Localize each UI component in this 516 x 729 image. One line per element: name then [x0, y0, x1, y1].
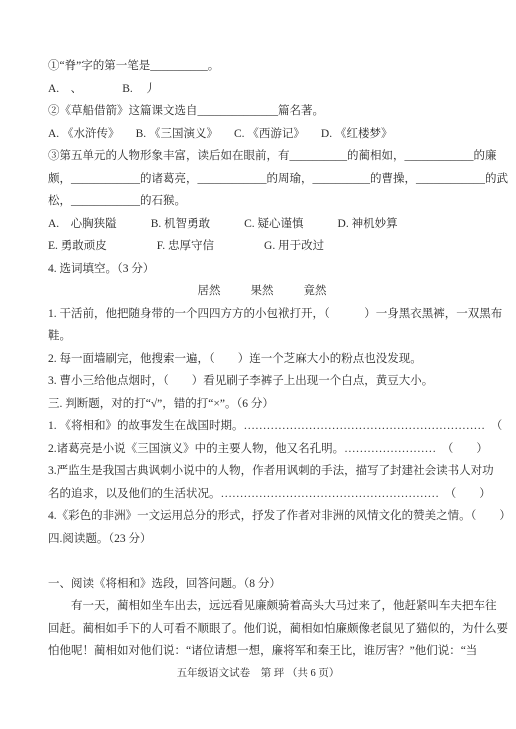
- option-label: B. 丿: [122, 78, 156, 101]
- q1-options-row: A. 、 B. 丿: [48, 78, 476, 101]
- word-bank-item: 竟然: [304, 280, 327, 303]
- option-label: A. 心胸狭隘: [48, 213, 117, 236]
- passage-line: 有一天，蔺相如坐车出去，远远看见廉颇骑着高头大马过来了，他赶紧叫车夫把车往: [48, 595, 476, 618]
- option-label: B. 机智勇敢: [151, 213, 210, 236]
- option-label: E. 勇敢顽皮: [48, 235, 107, 258]
- q2-stem: ②《草船借箭》这篇课文选自______________篇名著。: [48, 100, 476, 123]
- blank-line: [48, 550, 476, 573]
- q2-options-row: A. 《水浒传》 B. 《三国演义》 C. 《西游记》 D. 《红楼梦》: [48, 123, 476, 146]
- reading-section-header: 四.阅读题。（23 分）: [48, 528, 476, 551]
- judge-item: 名的追求，以及他们的生活状况。………………………………………………… （ ）: [48, 483, 476, 506]
- passage-line: 回赶。蔺相如手下的人可看不顺眼了。他们说，蔺相如怕廉颇像老鼠见了猫似的，为什么要: [48, 618, 476, 641]
- exam-content: ①“脊”字的第一笔是__________。 A. 、 B. 丿 ②《草船借箭》这…: [0, 0, 516, 663]
- option-label: G. 用于改过: [264, 235, 324, 258]
- option-label: A. 《水浒传》: [48, 123, 120, 146]
- exam-paper-page: ①“脊”字的第一笔是__________。 A. 、 B. 丿 ②《草船借箭》这…: [0, 0, 516, 729]
- q4-item-line: 3. 曹小三给他点烟时，（ ）看见刷子李裤子上出现一个白点，黄豆大小。: [48, 370, 476, 393]
- reading-sub-header: 一、阅读《将相和》选段，回答问题。（8 分）: [48, 573, 476, 596]
- option-label: D. 《红楼梦》: [321, 123, 393, 146]
- option-label: F. 忠厚守信: [157, 235, 214, 258]
- q3-options-row-1: A. 心胸狭隘 B. 机智勇敢 C. 疑心谨慎 D. 神机妙算: [48, 213, 476, 236]
- passage-line: 怕他呢！蔺相如对他们说：“诸位请想一想，廉将军和秦王比，谁厉害？”他们说：“当: [48, 640, 476, 663]
- option-label: D. 神机妙算: [338, 213, 398, 236]
- q3-stem-line: 颇，____________的诸葛亮，____________的周瑜，_____…: [48, 168, 476, 191]
- q3-stem-line: ③第五单元的人物形象丰富，读后如在眼前，有__________的蔺相如，____…: [48, 145, 476, 168]
- option-label: A. 、: [48, 78, 82, 101]
- option-label: C. 《西游记》: [234, 123, 305, 146]
- q3-options-row-2: E. 勇敢顽皮 F. 忠厚守信 G. 用于改过: [48, 235, 476, 258]
- page-footer: 五年级语文试卷 第 玶 （共 6 页）: [0, 666, 516, 682]
- q3-stem-line: 松，____________的石猴。: [48, 190, 476, 213]
- q4-word-bank: 居然 果然 竟然: [48, 280, 476, 303]
- word-bank-item: 果然: [251, 280, 274, 303]
- q4-item-line: 1. 干活前，他把随身带的一个四四方方的小包袱打开，（ ）一身黑衣黑裤，一双黑布: [48, 303, 476, 326]
- judge-item: 1. 《将相和》的故事发生在战国时期。…………………………………………………………: [48, 415, 476, 438]
- word-bank-item: 居然: [198, 280, 221, 303]
- judge-item: 4.《彩色的非洲》一文运用总分的形式，抒发了作者对非洲的风情文化的赞美之情。（ …: [48, 505, 476, 528]
- q1-stem: ①“脊”字的第一笔是__________。: [48, 55, 476, 78]
- option-label: C. 疑心谨慎: [244, 213, 303, 236]
- judge-item: 2.诸葛亮是小说《三国演义》中的主要人物，他又名孔明。…………………… （ ）: [48, 438, 476, 461]
- q4-item-line: 2. 每一面墙刷完，他搜索一遍，（ ）连一个芝麻大小的粉点也没发现。: [48, 348, 476, 371]
- judge-section-header: 三. 判断题，对的打“√”，错的打“×”。（6 分）: [48, 393, 476, 416]
- q4-item-line: 鞋。: [48, 325, 476, 348]
- option-label: B. 《三国演义》: [136, 123, 218, 146]
- judge-item: 3.严监生是我国古典讽刺小说中的人物，作者用讽刺的手法，描写了封建社会读书人对功: [48, 460, 476, 483]
- q4-header: 4. 选词填空。（3 分）: [48, 258, 476, 281]
